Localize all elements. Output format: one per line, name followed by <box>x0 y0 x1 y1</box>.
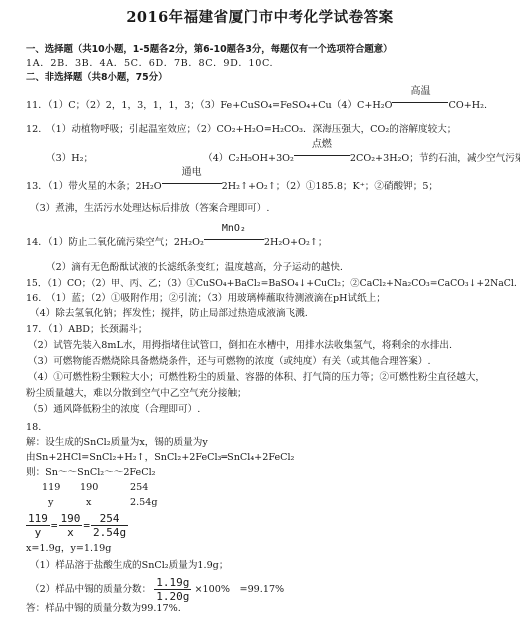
q12-suffix: 2CO₂+3H₂O；节约石油，减少空气污染. <box>350 153 520 164</box>
q18-mass-254: 254 <box>130 482 148 493</box>
q16-line1: 16. （1）蓝；（2）①吸附作用；②引流；（3）用玻璃棒蘸取待测液滴在pH试纸… <box>26 293 386 305</box>
q18-line1: 解：设生成的SnCl₂质量为x，锡的质量为y <box>26 437 208 449</box>
q17-line4: （4）①可燃性粉尘颗粒大小；可燃性粉尘的质量、容器的体积、打气筒的压力等；②可燃… <box>28 372 485 384</box>
q18-number: 18. <box>26 422 41 434</box>
q12-line2: （3）H₂；（4）C₂H₅OH+3O₂点燃2CO₂+3H₂O；节约石油，减少空气… <box>46 149 520 165</box>
q11-suffix: CO+H₂. <box>448 100 487 111</box>
condition-label: 点燃 <box>294 139 350 151</box>
q12-part1: （3）H₂； <box>46 153 93 164</box>
q17-line5: 粉尘质量越大，难以分散到空气中乙空气充分接触； <box>26 388 247 400</box>
condition-label: MnO₂ <box>204 223 264 235</box>
q17-line6: （5）通风降低粉尘的浓度（合理即可）. <box>28 404 200 416</box>
q17-line1: 17．（1）ABD；长颈漏斗； <box>26 324 148 336</box>
q15-line: 15．（1）CO；（2）甲、丙、乙；（3）①CuSO₄+BaCl₂=BaSO₄↓… <box>26 278 517 290</box>
fraction: 190x <box>59 512 83 539</box>
section1-heading: 一、选择题（共10小题，1-5题各2分，第6-10题各3分，每题仅有一个选项符合… <box>26 44 393 56</box>
q18-ans2-suffix: ×100% =99.17% <box>194 584 284 595</box>
q18-solution: x=1.9g，y=1.19g <box>26 543 111 555</box>
q18-unknown-mass: 2.54g <box>130 497 158 508</box>
q14-line1: 14．（1）防止二氧化硫污染空气；2H₂O₂MnO₂2H₂O+O₂↑； <box>26 233 327 249</box>
q18-unknown-y: y <box>48 497 53 508</box>
q18-mass-119: 119 <box>42 482 60 493</box>
q12-part2: （4）C₂H₅OH+3O₂ <box>203 153 294 164</box>
q18-ans2-prefix: （2）样品中锡的质量分数： <box>30 584 151 595</box>
reaction-condition-arrow: MnO₂ <box>204 233 264 245</box>
q18-line3: 则：Sn～～SnCl₂～～2FeCl₂ <box>26 467 156 479</box>
q18-final-answer: 答：样品中锡的质量分数为99.17%. <box>26 603 181 615</box>
q14-suffix: 2H₂O+O₂↑； <box>264 237 328 248</box>
q13-suffix: 2H₂↑+O₂↑；（2）①185.8；K⁺；②硝酸钾；5； <box>222 181 438 192</box>
q17-line2: （2）试管先装入8mL水，用拇指堵住试管口，倒扣在水槽中，用排水法收集氢气，将剩… <box>28 340 452 352</box>
fraction: 1.19g1.20g <box>154 576 191 603</box>
q18-answer2: （2）样品中锡的质量分数： 1.19g1.20g ×100% =99.17% <box>30 576 284 604</box>
q18-mass-190: 190 <box>80 482 98 493</box>
q11-line: 11．（1）C；（2）2，1，3，1，1，3；（3）Fe+CuSO₄=FeSO₄… <box>26 96 487 112</box>
q18-ratio-equation: 119y=190x=2542.54g <box>26 512 128 539</box>
q18-line2: 由Sn+2HCl=SnCl₂+H₂↑，SnCl₂+2FeCl₃═SnCl₄+2F… <box>26 452 294 464</box>
q11-prefix: 11．（1）C；（2）2，1，3，1，1，3；（3）Fe+CuSO₄=FeSO₄… <box>26 100 392 111</box>
section2-heading: 二、非选择题（共8小题，75分） <box>26 72 167 84</box>
reaction-condition-arrow: 点燃 <box>294 149 350 161</box>
q14-prefix: 14．（1）防止二氧化硫污染空气；2H₂O₂ <box>26 237 204 248</box>
q13-line2: （3）煮沸，生活污水处理达标后排放（答案合理即可）. <box>30 203 269 215</box>
answer-sheet-page: 2016年福建省厦门市中考化学试卷答案 一、选择题（共10小题，1-5题各2分，… <box>0 0 520 617</box>
fraction: 2542.54g <box>91 512 128 539</box>
q13-line1: 13．（1）带火星的木条；2H₂O通电2H₂↑+O₂↑；（2）①185.8；K⁺… <box>26 177 438 193</box>
q18-answer1: （1）样品溶于盐酸生成的SnCl₂质量为1.9g； <box>30 560 228 572</box>
q17-line3: （3）可燃物能否燃烧除具备燃烧条件，还与可燃物的浓度（或纯度）有关（或其他合理答… <box>28 356 431 368</box>
reaction-condition-arrow: 高温 <box>392 96 448 108</box>
q12-line1: 12. （1）动植物呼吸；引起温室效应；（2）CO₂+H₂O=H₂CO₃．深海压… <box>26 124 456 136</box>
q14-line2: （2）滴有无色酚酞试液的长滤纸条变红；温度越高，分子运动的越快. <box>46 262 343 274</box>
q13-prefix: 13．（1）带火星的木条；2H₂O <box>26 181 162 192</box>
condition-label: 高温 <box>392 86 448 98</box>
reaction-condition-arrow: 通电 <box>162 177 222 189</box>
section1-answers: 1A．2B．3B．4A．5C．6D．7B．8C．9D．10C. <box>26 58 273 70</box>
document-title: 2016年福建省厦门市中考化学试卷答案 <box>0 6 520 27</box>
q18-unknown-x: x <box>86 497 91 508</box>
q16-line2: （4）除去氢氧化钠；挥发性；搅拌，防止局部过热造成液滴飞溅. <box>30 308 308 320</box>
fraction: 119y <box>26 512 50 539</box>
condition-label: 通电 <box>162 167 222 179</box>
